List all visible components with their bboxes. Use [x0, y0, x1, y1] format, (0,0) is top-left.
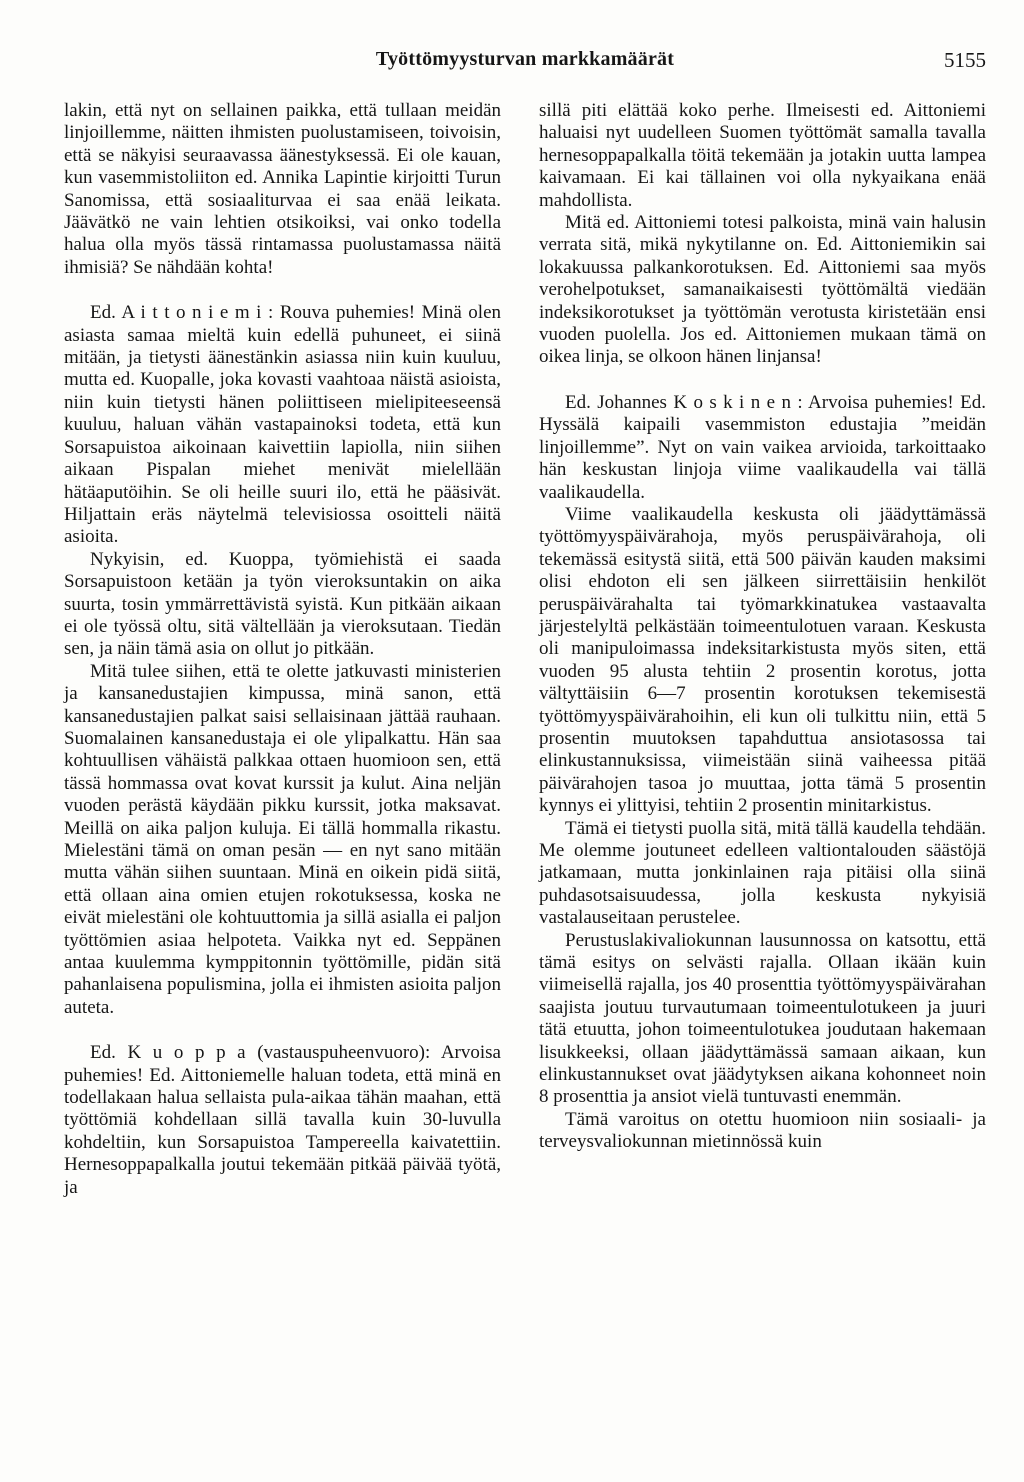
paragraph: Ed. A i t t o n i e m i : Rouva puhemies… — [64, 302, 501, 548]
paragraph: Viime vaalikaudella keskusta oli jäädytt… — [539, 504, 986, 818]
paragraph: Mitä ed. Aittoniemi totesi palkoista, mi… — [539, 212, 986, 369]
running-header: Työttömyysturvan markkamäärät 5155 — [64, 48, 986, 78]
paragraph: Mitä tulee siihen, että te olette jatkuv… — [64, 661, 501, 1020]
text-columns: lakin, että nyt on sellainen paikka, ett… — [64, 100, 986, 1199]
column-right: sillä piti elättää koko perhe. Ilmeisest… — [539, 100, 986, 1199]
paragraph: Tämä varoitus on otettu huomioon niin so… — [539, 1109, 986, 1154]
paragraph: Tämä ei tietysti puolla sitä, mitä tällä… — [539, 818, 986, 930]
paragraph: Ed. K u o p p a (vastauspuheenvuoro): Ar… — [64, 1042, 501, 1199]
column-left: lakin, että nyt on sellainen paikka, ett… — [64, 100, 501, 1199]
paragraph: Nykyisin, ed. Kuoppa, työmiehistä ei saa… — [64, 549, 501, 661]
paragraph: Perustuslakivaliokunnan lausunnossa on k… — [539, 930, 986, 1109]
document-page: Työttömyysturvan markkamäärät 5155 lakin… — [0, 0, 1024, 1482]
page-number: 5155 — [944, 48, 986, 73]
page-title: Työttömyysturvan markkamäärät — [376, 48, 674, 71]
paragraph: sillä piti elättää koko perhe. Ilmeisest… — [539, 100, 986, 212]
paragraph: Ed. Johannes K o s k i n e n : Arvoisa p… — [539, 392, 986, 504]
paragraph: lakin, että nyt on sellainen paikka, ett… — [64, 100, 501, 279]
